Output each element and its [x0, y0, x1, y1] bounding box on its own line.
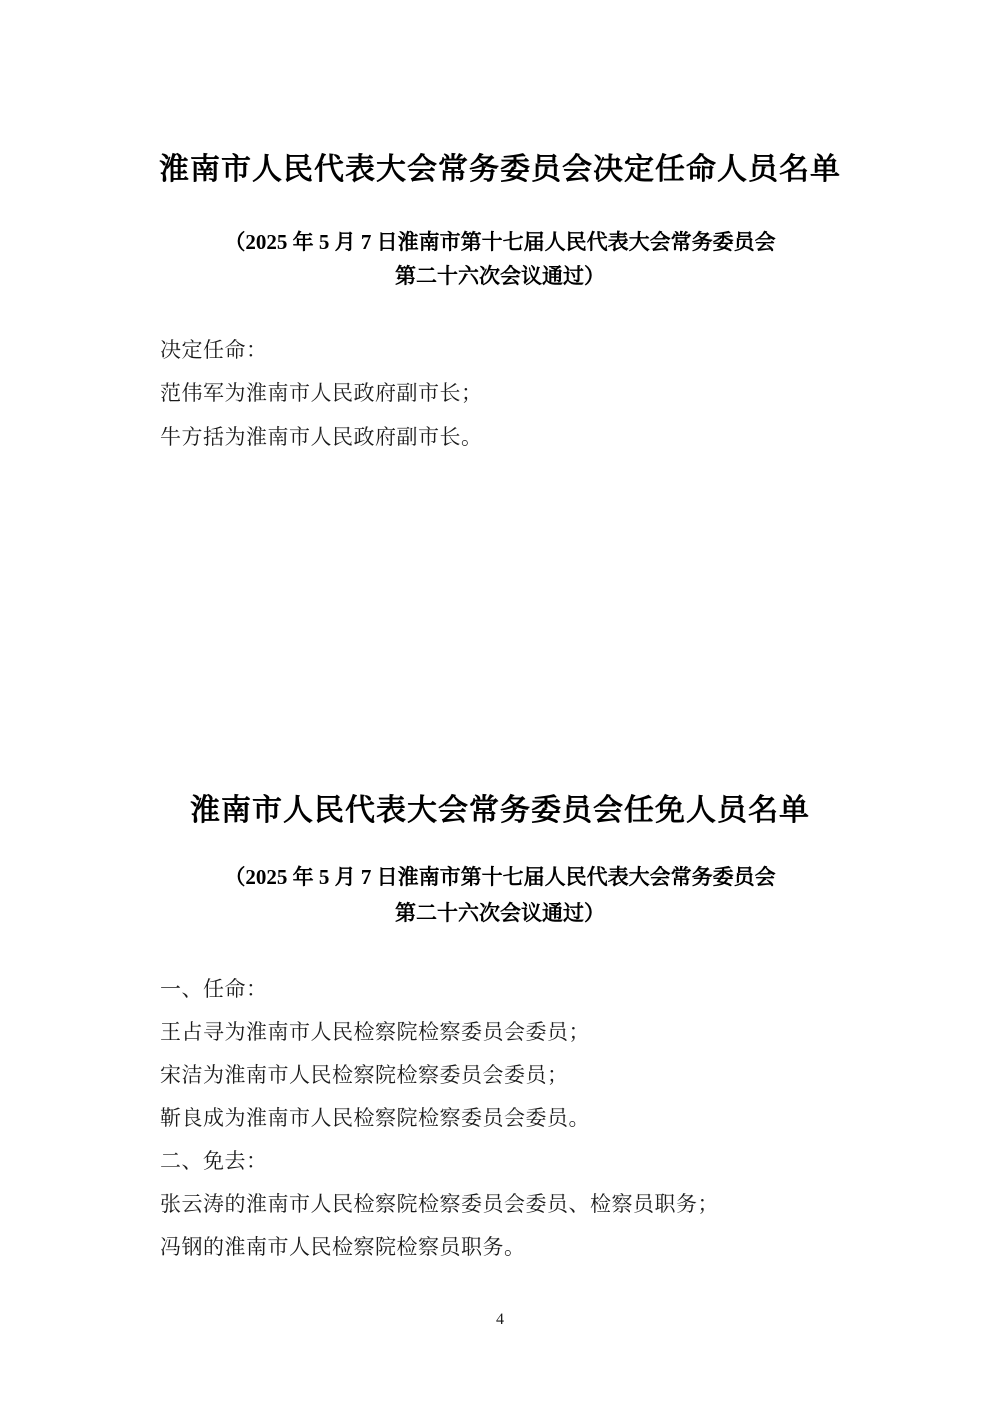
section2-subtitle-line1: （2025 年 5 月 7 日淮南市第十七届人民代表大会常务委员会 [0, 865, 1000, 889]
section2-subtitle-line2: 第二十六次会议通过） [0, 901, 1000, 925]
section1-paragraph: 范伟军为淮南市人民政府副市长； [160, 379, 880, 407]
section2-paragraph: 靳良成为淮南市人民检察院检察委员会委员。 [160, 1104, 880, 1132]
page-number: 4 [0, 1310, 1000, 1330]
section2-paragraph: 冯钢的淮南市人民检察院检察员职务。 [160, 1233, 880, 1261]
section1-subtitle-line1: （2025 年 5 月 7 日淮南市第十七届人民代表大会常务委员会 [0, 230, 1000, 254]
section2-paragraph: 二、免去： [160, 1147, 880, 1175]
section2-paragraph: 宋洁为淮南市人民检察院检察委员会委员； [160, 1061, 880, 1089]
section1-subtitle-line2: 第二十六次会议通过） [0, 264, 1000, 288]
section2-paragraph: 王占寻为淮南市人民检察院检察委员会委员； [160, 1018, 880, 1046]
section1-paragraph: 决定任命： [160, 336, 880, 364]
section2-paragraph: 张云涛的淮南市人民检察院检察委员会委员、检察员职务； [160, 1190, 880, 1218]
section1-paragraph: 牛方括为淮南市人民政府副市长。 [160, 423, 880, 451]
document-page: 淮南市人民代表大会常务委员会决定任命人员名单 （2025 年 5 月 7 日淮南… [0, 0, 1000, 1415]
section1-title: 淮南市人民代表大会常务委员会决定任命人员名单 [0, 152, 1000, 188]
section2-paragraph: 一、任命： [160, 975, 880, 1003]
section2-title: 淮南市人民代表大会常务委员会任免人员名单 [0, 793, 1000, 829]
